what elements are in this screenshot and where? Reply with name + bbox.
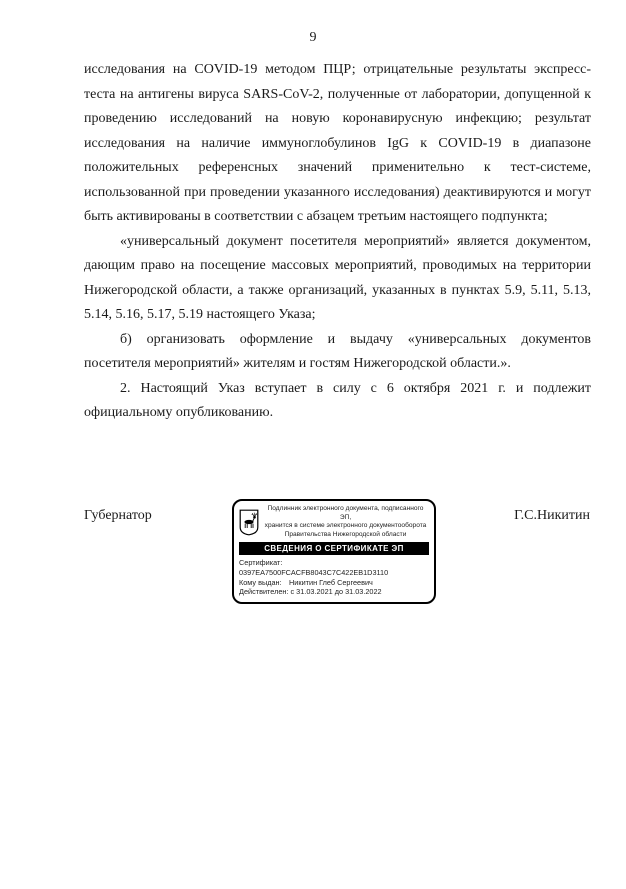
- stamp-issued-to-label: Кому выдан:: [239, 578, 287, 588]
- signature-title: Губернатор: [84, 508, 152, 524]
- stamp-issued-to-value: Никитин Глеб Сергеевич: [289, 578, 373, 587]
- stamp-validity-value: с 31.03.2021 до 31.03.2022: [291, 587, 382, 596]
- paragraph-universal-document: «универсальный документ посетителя мероп…: [84, 230, 591, 328]
- paragraph-entry-into-force: 2. Настоящий Указ вступает в силу с 6 ок…: [84, 377, 591, 426]
- stamp-validity-row: Действителен: с 31.03.2021 до 31.03.2022: [239, 587, 429, 597]
- stamp-header-line-2: хранится в системе электронного документ…: [262, 522, 429, 531]
- paragraph-continuation: исследования на COVID-19 методом ПЦР; от…: [84, 58, 591, 230]
- stamp-header: Подлинник электронного документа, подпис…: [239, 505, 429, 539]
- paragraph-subitem-b: б) организовать оформление и выдачу «уни…: [84, 328, 591, 377]
- deer-emblem-icon: [239, 509, 259, 536]
- stamp-validity-label: Действителен:: [239, 587, 288, 597]
- stamp-header-line-1: Подлинник электронного документа, подпис…: [262, 505, 429, 522]
- page-number: 9: [0, 30, 626, 46]
- digital-signature-stamp: Подлинник электронного документа, подпис…: [232, 499, 436, 604]
- stamp-certificate-label: Сертификат:: [239, 558, 287, 568]
- document-body: исследования на COVID-19 методом ПЦР; от…: [84, 58, 591, 426]
- stamp-issued-to-row: Кому выдан: Никитин Глеб Сергеевич: [239, 578, 429, 588]
- stamp-certificate-value: 0397EA7500FCACFB8043C7C422EB1D3110: [239, 568, 388, 577]
- stamp-certificate-row: Сертификат: 0397EA7500FCACFB8043C7C422EB…: [239, 558, 429, 577]
- stamp-header-text: Подлинник электронного документа, подпис…: [262, 505, 429, 539]
- stamp-certificate-band: СВЕДЕНИЯ О СЕРТИФИКАТЕ ЭП: [239, 542, 429, 555]
- stamp-header-line-3: Правительства Нижегородской области: [262, 531, 429, 540]
- stamp-details: Сертификат: 0397EA7500FCACFB8043C7C422EB…: [239, 558, 429, 596]
- document-page: 9 исследования на COVID-19 методом ПЦР; …: [0, 0, 626, 889]
- signature-name: Г.С.Никитин: [514, 508, 590, 524]
